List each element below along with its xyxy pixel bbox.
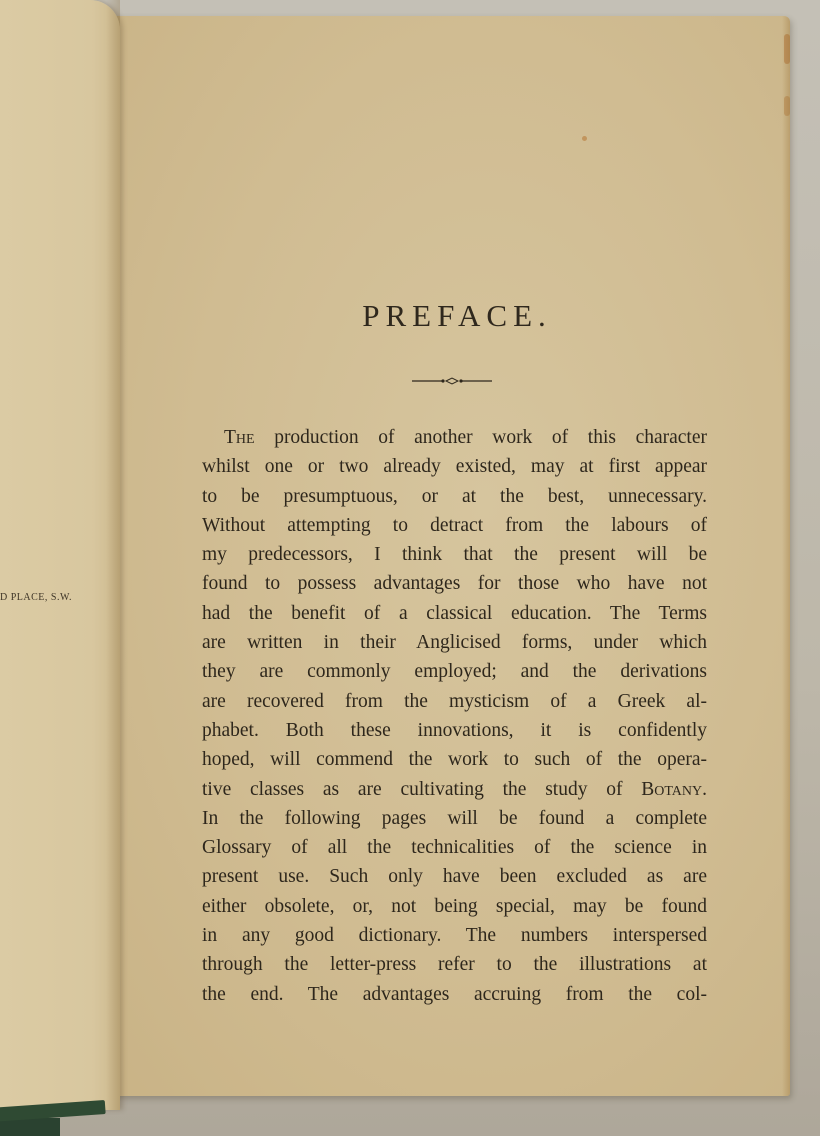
text-line: to be presumptuous, or at the best, unne… [202, 482, 707, 511]
foxing-spot [784, 96, 790, 116]
left-page-imprint: D PLACE, S.W. [0, 592, 72, 603]
text-line: are written in their Anglicised forms, u… [202, 628, 707, 657]
text-line: whilst one or two already existed, may a… [202, 452, 707, 481]
text-line: through the letter-press refer to the il… [202, 950, 707, 979]
foxing-spot [582, 136, 587, 141]
text-line: Without attempting to detract from the l… [202, 511, 707, 540]
text-line: they are commonly employed; and the deri… [202, 657, 707, 686]
drop-small-caps: The [224, 427, 255, 448]
text-line: either obsolete, or, not being special, … [202, 892, 707, 921]
text-line: present use. Such only have been exclude… [202, 862, 707, 891]
text-line: Glossary of all the technicalities of th… [202, 833, 707, 862]
text-line: found to possess advantages for those wh… [202, 569, 707, 598]
text-line: tive classes as are cultivating the stud… [202, 775, 707, 804]
foxing-spot [784, 34, 790, 64]
text-line: my predecessors, I think that the presen… [202, 540, 707, 569]
botany-small-caps: Botany. [641, 779, 707, 800]
left-page [0, 0, 120, 1110]
text-line: in any good dictionary. The numbers inte… [202, 921, 707, 950]
text-line: The production of another work of this c… [202, 423, 707, 452]
gutter-shadow [106, 0, 120, 1110]
text-line: hoped, will commend the work to such of … [202, 745, 707, 774]
preface-body: The production of another work of this c… [202, 423, 707, 1009]
right-page: PREFACE. The production of another work … [112, 16, 790, 1096]
text-line: had the benefit of a classical education… [202, 599, 707, 628]
text-line: the end. The advantages accruing from th… [202, 980, 707, 1009]
text-line: are recovered from the mysticism of a Gr… [202, 687, 707, 716]
text-line: phabet. Both these innovations, it is co… [202, 716, 707, 745]
text-line: In the following pages will be found a c… [202, 804, 707, 833]
ornament-divider-icon [412, 376, 492, 386]
page-title: PREFACE. [112, 298, 790, 334]
